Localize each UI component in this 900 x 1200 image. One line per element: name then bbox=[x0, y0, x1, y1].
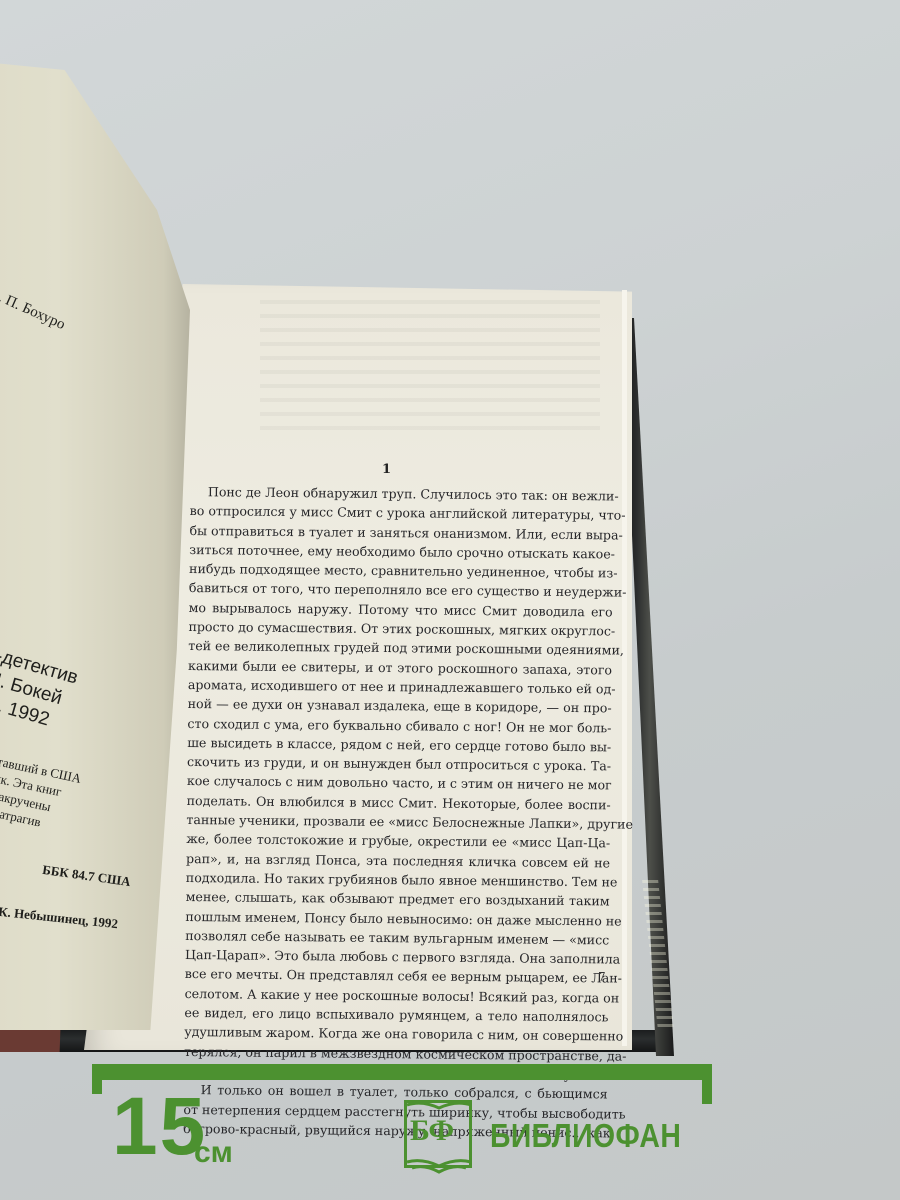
scale-unit: см bbox=[194, 1138, 233, 1168]
scale-value: 15 bbox=[112, 1082, 207, 1172]
scale-bar-right-tick bbox=[702, 1064, 712, 1104]
photo-scene: 1 Понс де Леон обнаружил труп. Случилось… bbox=[0, 0, 900, 1200]
open-book-logo-icon: БФ bbox=[404, 1100, 474, 1174]
showthrough-text bbox=[260, 300, 600, 440]
logo-monogram: БФ bbox=[410, 1114, 453, 1148]
page-number: 7 bbox=[598, 970, 606, 984]
scale-bar bbox=[92, 1064, 712, 1080]
cover-foil-glint bbox=[642, 880, 674, 1030]
brand-name: БИБЛИОФАН bbox=[490, 1118, 681, 1154]
page-body-text: Понс де Леон обнаружил труп. Случилось э… bbox=[183, 482, 614, 1142]
right-page-edge bbox=[622, 290, 627, 1046]
scale-bar-left-tick bbox=[92, 1064, 102, 1094]
chapter-number: 1 bbox=[382, 462, 391, 477]
